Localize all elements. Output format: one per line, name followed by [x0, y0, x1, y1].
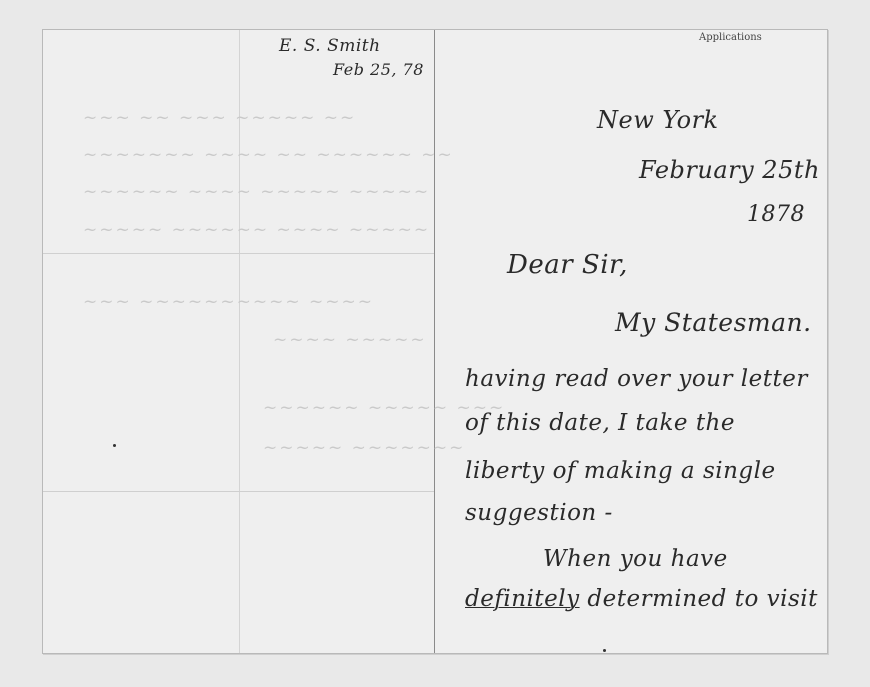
- body-line: suggestion -: [465, 500, 613, 526]
- docket-date: Feb 25, 78: [333, 60, 424, 79]
- bleed-through-text: ~~~ ~~~~~~~~~~ ~~~~: [83, 292, 374, 312]
- right-page: Applications New York February 25th 1878…: [435, 30, 827, 653]
- letter-sheet: ~~~ ~~ ~~~ ~~~~~ ~~ ~~~~~~~ ~~~~ ~~ ~~~~…: [42, 29, 828, 654]
- body-line: When you have: [543, 546, 728, 572]
- letter-place: New York: [597, 106, 719, 134]
- ink-speck: [603, 649, 606, 652]
- opening-line: My Statesman.: [615, 308, 812, 337]
- letter-year: 1878: [747, 202, 805, 227]
- ink-speck: [113, 444, 116, 447]
- underlined-word: definitely: [465, 586, 580, 612]
- letter-date: February 25th: [639, 156, 820, 184]
- left-page: ~~~ ~~ ~~~ ~~~~~ ~~ ~~~~~~~ ~~~~ ~~ ~~~~…: [43, 30, 434, 653]
- salutation: Dear Sir,: [507, 250, 628, 280]
- bleed-through-text: ~~~~~~ ~~~~ ~~~~~ ~~~~~: [83, 182, 430, 202]
- archive-annotation: Applications: [699, 32, 762, 43]
- docket-name: E. S. Smith: [279, 36, 381, 56]
- body-line: having read over your letter: [465, 366, 808, 392]
- bleed-through-text: ~~~ ~~ ~~~ ~~~~~ ~~: [83, 108, 356, 128]
- bleed-through-text: ~~~~~ ~~~~~~ ~~~~ ~~~~~: [83, 220, 430, 240]
- bleed-through-text: ~~~~ ~~~~~: [273, 330, 427, 350]
- body-line: liberty of making a single: [465, 458, 776, 484]
- bleed-through-text: ~~~~~~~ ~~~~ ~~ ~~~~~~ ~~: [83, 145, 454, 165]
- body-line: definitely determined to visit: [465, 586, 818, 612]
- body-line: of this date, I take the: [465, 410, 735, 436]
